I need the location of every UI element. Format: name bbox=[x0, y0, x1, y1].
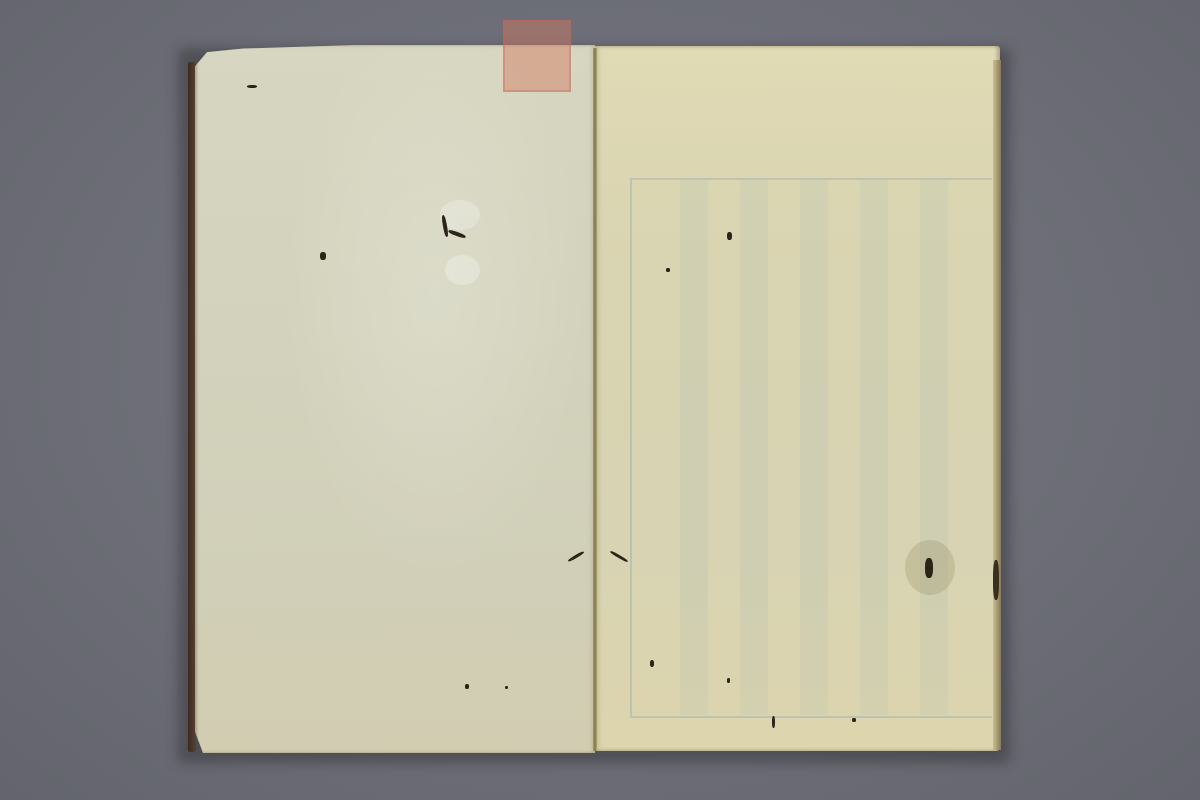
book-cover-edge bbox=[188, 62, 196, 752]
ink-mark bbox=[852, 718, 856, 722]
ink-mark bbox=[727, 678, 730, 683]
right-page-edge bbox=[993, 60, 1001, 750]
ink-mark bbox=[772, 716, 775, 728]
ink-mark bbox=[650, 660, 654, 667]
ink-mark bbox=[465, 684, 469, 689]
ink-mark bbox=[727, 232, 732, 240]
light-stain bbox=[445, 255, 480, 285]
book-gutter bbox=[593, 48, 597, 751]
text-column bbox=[680, 180, 708, 715]
ink-mark bbox=[320, 252, 326, 260]
ink-mark bbox=[505, 686, 508, 689]
ink-mark bbox=[925, 558, 933, 578]
binding-thread bbox=[993, 560, 999, 600]
ink-mark bbox=[666, 268, 670, 272]
red-seal-stamp bbox=[503, 20, 571, 92]
text-column bbox=[920, 180, 948, 715]
text-column bbox=[860, 180, 888, 715]
text-column bbox=[740, 180, 768, 715]
text-column bbox=[800, 180, 828, 715]
left-page bbox=[195, 45, 595, 753]
ink-mark bbox=[247, 85, 257, 88]
